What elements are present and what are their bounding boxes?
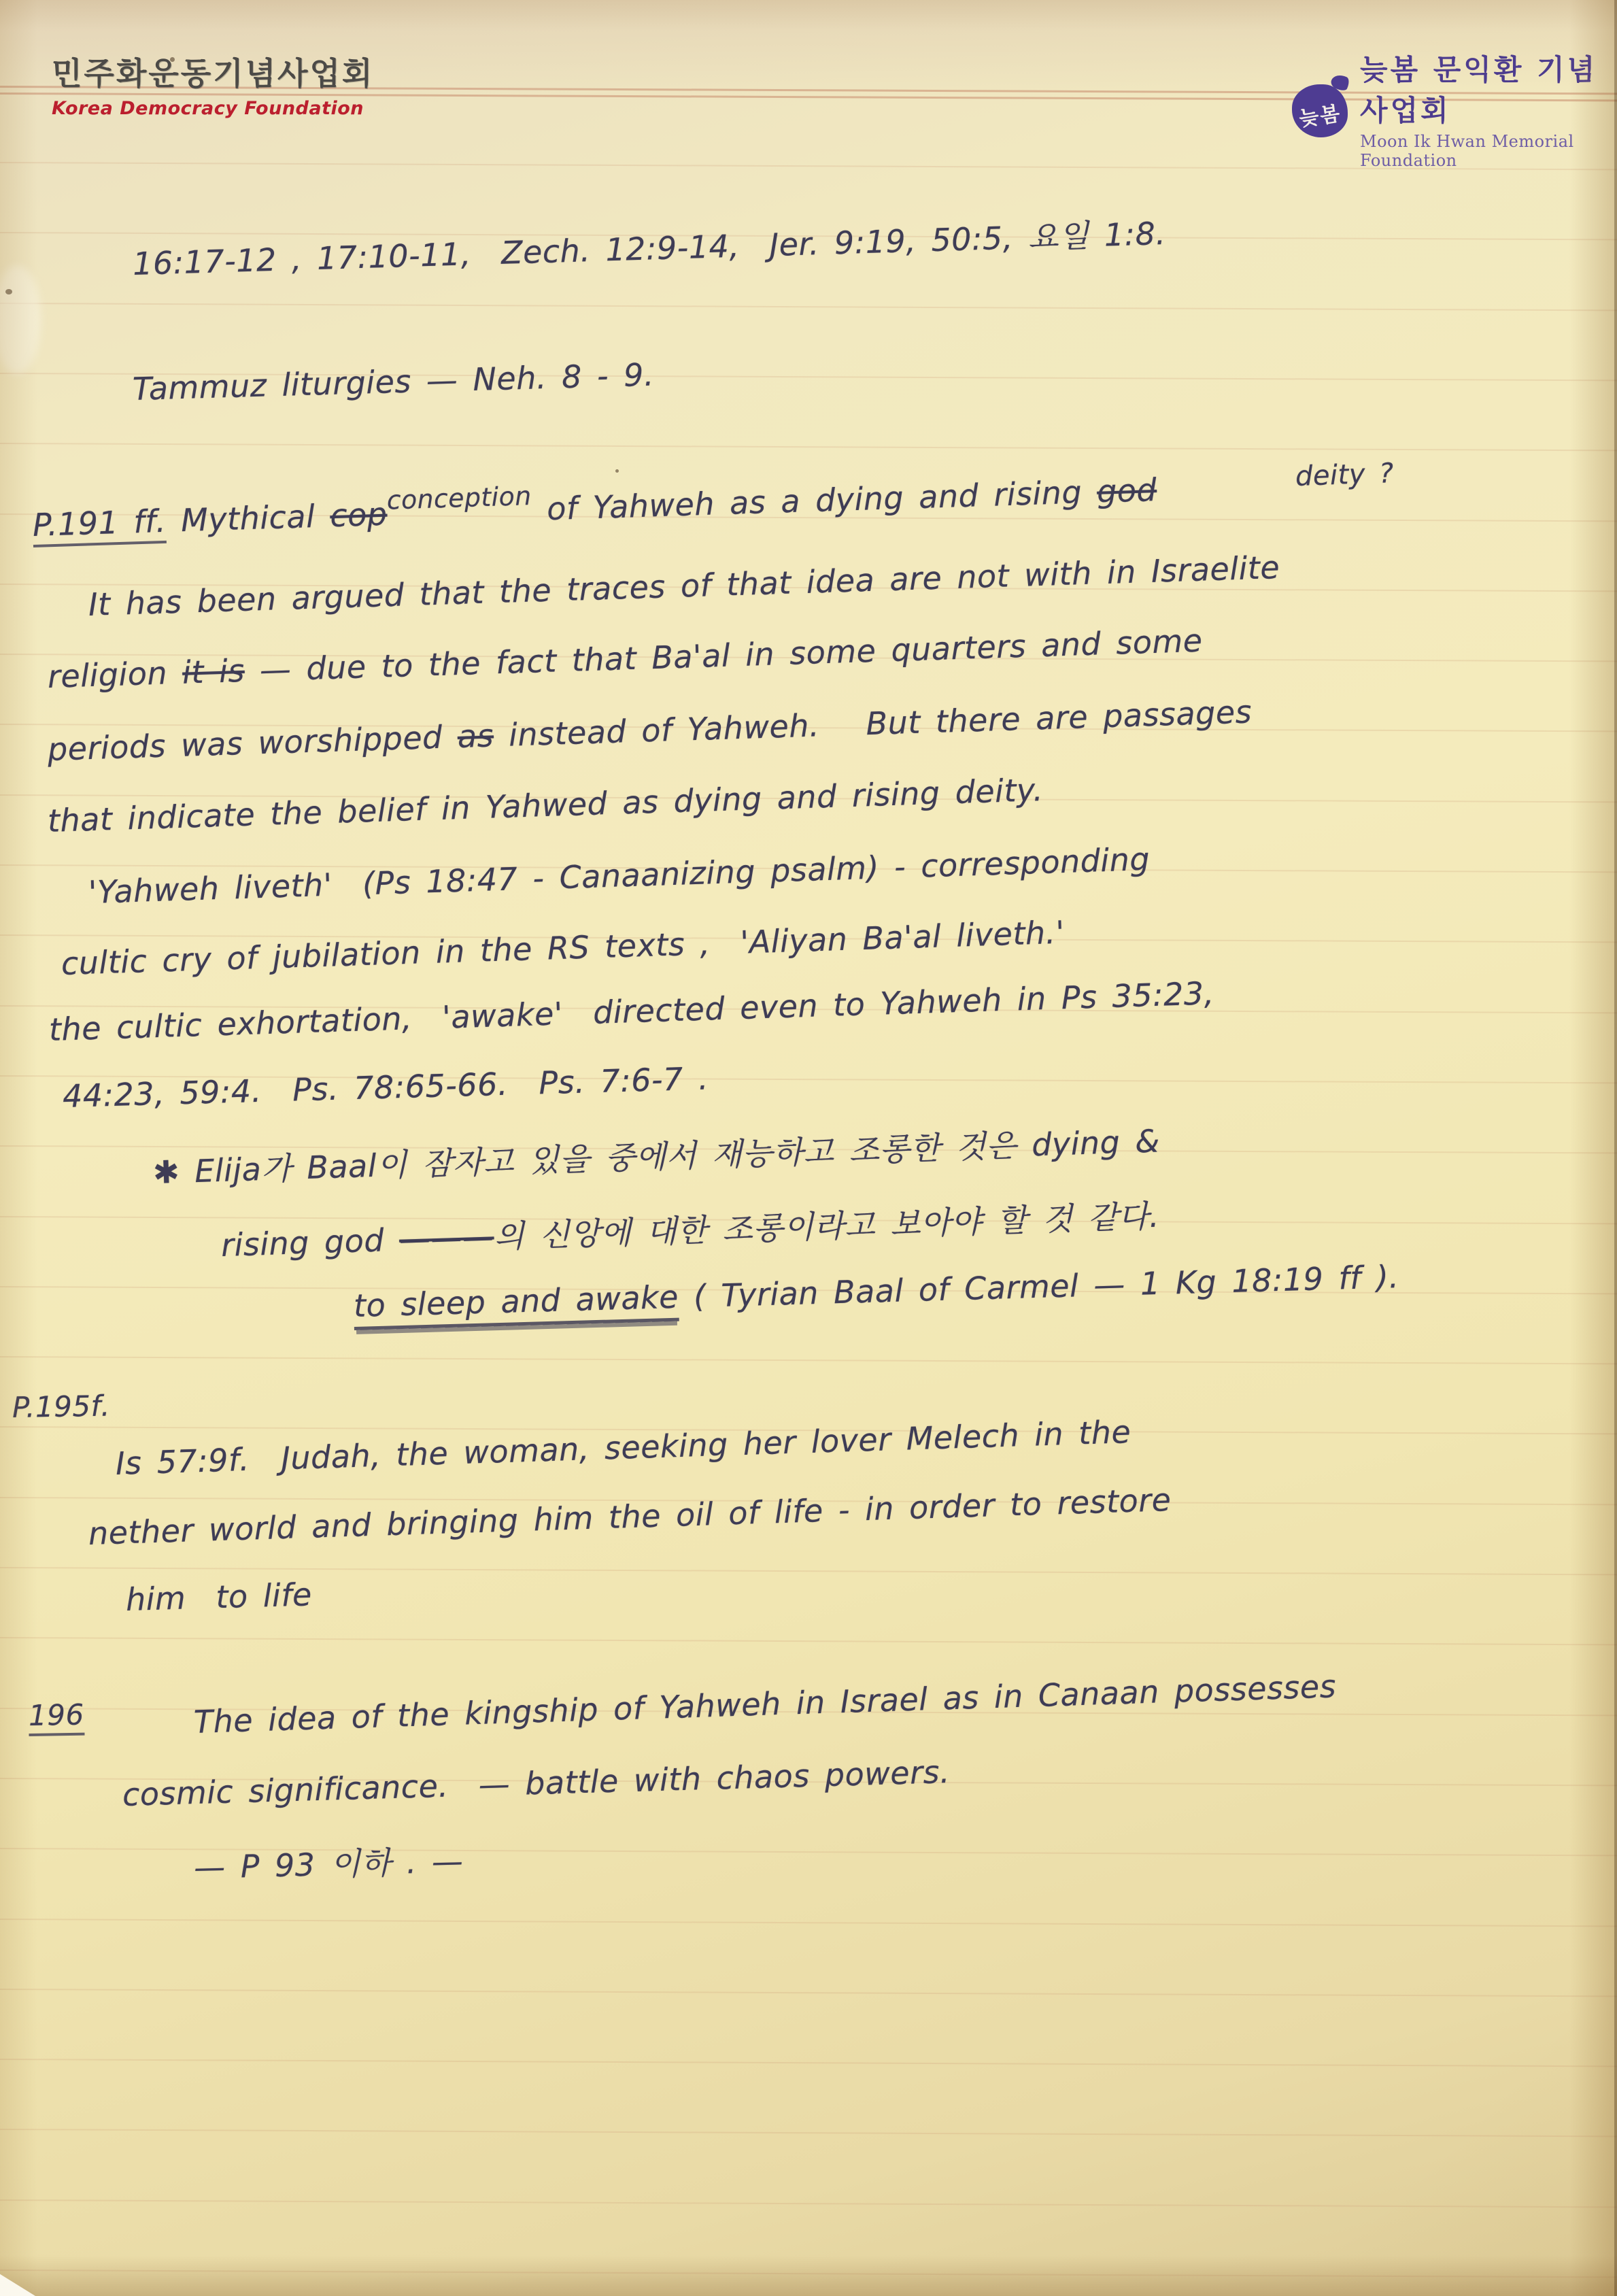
handwritten-segment: ———: [398, 1218, 494, 1257]
handwritten-segment: 16:17-12 , 17:10-11, Zech. 12:9-14, Jer.…: [132, 215, 1166, 282]
handwritten-line: nether world and bringing him the oil of…: [88, 1481, 1172, 1552]
handwritten-segment: It has been argued that the traces of th…: [88, 549, 1280, 623]
handwritten-segment: that indicate the belief in Yahwed as dy…: [47, 771, 1044, 839]
handwritten-segment: to sleep and awake: [353, 1279, 679, 1330]
handwritten-line: Is 57:9f. Judah, the woman, seeking her …: [115, 1413, 1131, 1482]
handwritten-segment: 'Yahweh liveth' (Ps 18:47 - Canaanizing …: [88, 841, 1151, 911]
handwritten-segment: cultic cry of jubilation in the RS texts…: [61, 914, 1065, 982]
handwritten-segment: instead of Yahweh. But there are passage…: [493, 693, 1253, 754]
handwritten-segment: ( Tyrian Baal of Carmel — 1 Kg 18:19 ff …: [678, 1258, 1399, 1315]
handwritten-line: cosmic significance. — battle with chaos…: [122, 1753, 951, 1813]
handwritten-line: It has been argued that the traces of th…: [88, 549, 1280, 623]
handwritten-line: P.195f.: [12, 1389, 111, 1424]
handwritten-segment: Mythical: [165, 497, 330, 539]
korea-democracy-foundation-logo: 민주화운동기념사업회 Korea Democracy Foundation: [52, 49, 374, 119]
ruled-line: [0, 2059, 1617, 2067]
right-logo-korean-text: 늦봄 문익환 기념사업회: [1360, 48, 1617, 129]
ruled-line: [0, 1919, 1617, 1927]
handwritten-segment: P.191 ff.: [32, 503, 167, 547]
handwritten-segment: of Yahweh as a dying and rising: [531, 473, 1097, 528]
handwritten-segment: The idea of the kingship of Yahweh in Is…: [193, 1668, 1337, 1740]
ruled-line: [0, 1637, 1617, 1645]
notebook-page: 민주화운동기념사업회 Korea Democracy Foundation 늦봄…: [0, 0, 1617, 2296]
handwritten-segment: 의 신앙에 대한 조롱이라고 보아야 할 것 같다.: [494, 1198, 1160, 1255]
left-logo-korean-text: 민주화운동기념사업회: [52, 49, 374, 94]
ruled-line: [0, 2269, 1617, 2278]
handwritten-segment: P.195f.: [12, 1389, 111, 1424]
handwritten-line: religion it is — due to the fact that Ba…: [47, 622, 1203, 695]
right-logo-english-text: Moon Ik Hwan Memorial Foundation: [1360, 132, 1617, 170]
handwritten-segment: it is: [182, 652, 245, 691]
handwritten-segment: periods was worshipped: [47, 718, 458, 768]
ruled-line: [0, 443, 1617, 451]
paper-speck: [615, 469, 619, 473]
handwritten-segment: the cultic exhortation, 'awake' directed…: [48, 975, 1214, 1048]
moon-ik-hwan-foundation-logo: 늦봄 늦봄 문익환 기념사업회 Moon Ik Hwan Memorial Fo…: [1292, 48, 1617, 170]
paper-speck: [170, 57, 175, 62]
handwritten-segment: nether world and bringing him the oil of…: [88, 1481, 1172, 1552]
handwritten-line: 44:23, 59:4. Ps. 78:65-66. Ps. 7:6-7 .: [62, 1060, 709, 1115]
handwritten-segment: cop: [329, 496, 388, 535]
handwritten-segment: ✱ Elija가 Baal이 잠자고 있을 중에서 재능하고 조롱한 것은 dy…: [152, 1122, 1160, 1191]
handwritten-line: cultic cry of jubilation in the RS texts…: [61, 914, 1065, 982]
ruled-line: [0, 1989, 1617, 1997]
handwritten-segment: him to life: [125, 1576, 312, 1618]
handwritten-line: ✱ Elija가 Baal이 잠자고 있을 중에서 재능하고 조롱한 것은 dy…: [152, 1116, 1161, 1192]
left-logo-english-text: Korea Democracy Foundation: [52, 98, 374, 119]
handwritten-line: Tammuz liturgies — Neh. 8 - 9.: [132, 356, 654, 407]
handwritten-line: rising god ———의 신앙에 대한 조롱이라고 보아야 할 것 같다.: [220, 1192, 1160, 1266]
ruled-line: [0, 303, 1617, 311]
handwritten-line: 16:17-12 , 17:10-11, Zech. 12:9-14, Jer.…: [132, 209, 1166, 284]
handwritten-segment: rising god: [220, 1221, 400, 1264]
ruled-line: [0, 2199, 1617, 2208]
paper-stain: [0, 265, 41, 374]
seal-calligraphy-text: 늦봄: [1290, 96, 1349, 133]
handwritten-segment: deity ?: [1295, 458, 1394, 492]
handwritten-segment: — P 93 이하 . —: [193, 1842, 464, 1886]
handwritten-segment: religion: [47, 654, 183, 695]
handwritten-segment: 196: [29, 1698, 85, 1736]
handwritten-line: P.191 ff. Mythical copconception of Yahw…: [32, 471, 1157, 543]
handwritten-segment: as: [457, 717, 494, 755]
right-edge-line: [1614, 0, 1617, 2296]
paper-speck: [5, 289, 12, 294]
handwritten-line: deity ?: [1295, 458, 1394, 492]
handwritten-line: The idea of the kingship of Yahweh in Is…: [193, 1668, 1337, 1740]
foundation-seal-icon: 늦봄: [1292, 84, 1348, 137]
handwritten-segment: god: [1096, 471, 1157, 510]
handwritten-line: — P 93 이하 . —: [193, 1836, 464, 1888]
ruled-line: [0, 2129, 1617, 2137]
handwritten-segment: 44:23, 59:4. Ps. 78:65-66. Ps. 7:6-7 .: [62, 1060, 709, 1115]
handwritten-line: 'Yahweh liveth' (Ps 18:47 - Canaanizing …: [88, 841, 1151, 911]
handwritten-line: that indicate the belief in Yahwed as dy…: [47, 771, 1044, 839]
handwritten-segment: Tammuz liturgies — Neh. 8 - 9.: [132, 356, 654, 407]
handwritten-segment: — due to the fact that Ba'al in some qua…: [244, 622, 1203, 689]
handwritten-line: the cultic exhortation, 'awake' directed…: [48, 975, 1214, 1048]
handwritten-line: to sleep and awake ( Tyrian Baal of Carm…: [353, 1258, 1399, 1324]
ruled-line: [0, 1567, 1617, 1575]
handwritten-segment: cosmic significance. — battle with chaos…: [122, 1753, 951, 1813]
ruled-line: [0, 1356, 1617, 1364]
handwritten-segment: Is 57:9f. Judah, the woman, seeking her …: [115, 1413, 1131, 1482]
handwritten-line: periods was worshipped as instead of Yah…: [47, 693, 1253, 768]
handwritten-line: 196: [29, 1698, 85, 1732]
handwritten-segment: conception: [386, 481, 532, 516]
handwritten-line: him to life: [125, 1576, 312, 1618]
